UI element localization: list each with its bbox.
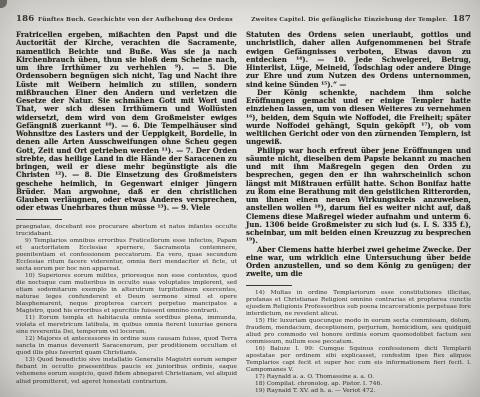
footnote-13: 13) Quod benedictio sive installatio Gen… bbox=[16, 357, 237, 385]
footnote-separator-left bbox=[16, 219, 62, 220]
scan-artifact-corner bbox=[0, 0, 7, 8]
footnote-10: 10) Superiores eorum milites, prioresque… bbox=[16, 273, 237, 315]
page-number-right: 187 bbox=[453, 14, 471, 24]
footnote-separator-right bbox=[246, 285, 292, 286]
page-left: 186 Fünftes Buch. Geschichte von der Auf… bbox=[16, 14, 237, 386]
footnote-11: 11) Eorum templa et habitacula omnia sor… bbox=[16, 315, 237, 336]
footnote-continuation: praegnatae, docebant eos procurare abort… bbox=[16, 224, 237, 238]
body-paragraph: Statuten des Ordens seien unerlaubt, got… bbox=[246, 31, 471, 89]
body-text-right: Statuten des Ordens seien unerlaubt, got… bbox=[246, 31, 471, 279]
footnote-16: 16) Baluze I. 99: Cumque Squinus confess… bbox=[246, 346, 471, 374]
footnote-12: 12) Majores et antecessores in ordine su… bbox=[16, 336, 237, 357]
body-paragraph: Aber Clemens hatte hierbei zwei geheime … bbox=[246, 246, 471, 279]
running-header-right: Zweites Capitel. Die gefängliche Einzieh… bbox=[250, 16, 448, 23]
footnote-19: 19) Raynald T. XV. ad h. a. — Veriot 472… bbox=[246, 388, 471, 395]
page-right: Zweites Capitel. Die gefängliche Einzieh… bbox=[246, 14, 471, 395]
footnote-14: 14) Multas in ordine Templariorum esse c… bbox=[246, 290, 471, 318]
page-number-left: 186 bbox=[16, 14, 34, 24]
book-scan: 186 Fünftes Buch. Geschichte von der Auf… bbox=[0, 0, 480, 397]
body-paragraph: Der König schenkte, nachdem ihm solche E… bbox=[246, 89, 471, 147]
footnotes-left: praegnatae, docebant eos procurare abort… bbox=[16, 224, 237, 386]
page-header-left: 186 Fünftes Buch. Geschichte von der Auf… bbox=[16, 14, 237, 24]
footnote-15: 15) Hic luxuriam quocunque modo in eorum… bbox=[246, 318, 471, 346]
body-paragraph: Philipp war hoch erfreut über jene Eröff… bbox=[246, 147, 471, 246]
running-header-left: Fünftes Buch. Geschichte von der Aufhebu… bbox=[38, 16, 233, 23]
page-header-right: Zweites Capitel. Die gefängliche Einzieh… bbox=[246, 14, 471, 24]
footnotes-right: 14) Multas in ordine Templariorum esse c… bbox=[246, 290, 471, 396]
body-paragraph: Fratricellen ergeben, mißachten den Paps… bbox=[16, 31, 237, 213]
body-text-left: Fratricellen ergeben, mißachten den Paps… bbox=[16, 31, 237, 213]
footnote-9: 9) Templarios omnibus erroribus Fraticel… bbox=[16, 238, 237, 273]
